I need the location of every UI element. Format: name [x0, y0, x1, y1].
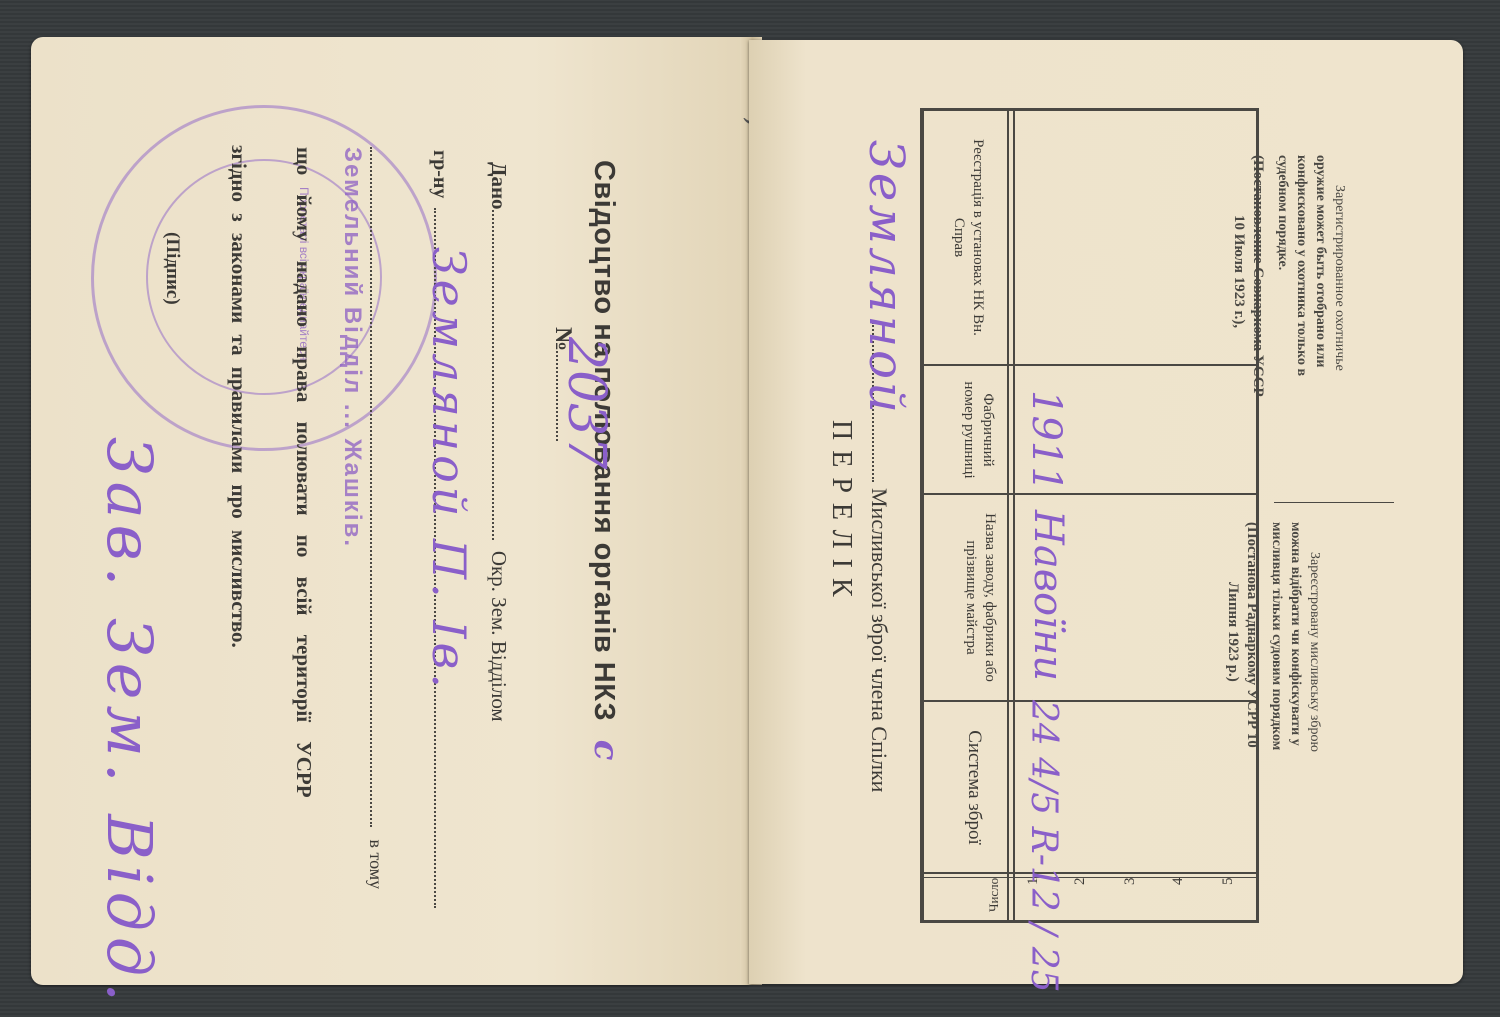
header-weapon-system: Система зброї: [961, 715, 987, 860]
row-number-5: 5: [1219, 878, 1238, 886]
signature: Зав. Зем. Відд.: [93, 437, 166, 1008]
header-row-number: Число: [984, 878, 1003, 912]
rights-text-line1: що йому надано права полювати по всій те…: [291, 147, 316, 798]
notice-russian: Зарегистрированное охотничье оружие може…: [1229, 155, 1349, 397]
col-sep-1: [924, 364, 1256, 366]
row-number-4: 4: [1169, 878, 1188, 886]
notice-ua-source2: Липня 1923 р.): [1223, 522, 1242, 752]
notice-ua-line2: можна відібрати чи конфіскувати у: [1286, 522, 1305, 752]
notice-ru-line3: конфисковано у охотника только в: [1292, 155, 1311, 397]
list-title: ПЕРЕЛІК: [825, 420, 857, 607]
left-page: Земельний Відділ ... Жашків. Пролетарі в…: [31, 37, 749, 985]
signature-label: (Підпис): [161, 232, 183, 305]
row-number-3: 3: [1121, 878, 1140, 886]
stamp-outer-text: Земельний Відділ ... Жашків.: [338, 147, 366, 548]
citizen-name: Земляной П. Ів.: [422, 247, 476, 692]
notice-ua-source1: (Постанова Раднаркому УСРР 10: [1242, 522, 1261, 752]
header-serial-number: Фабричний номер рушниці: [959, 375, 997, 485]
given-row: Дано Окр. Зем. Відділом: [486, 162, 511, 722]
right-page: ПЕРЕЛІК Мисливської зброї члена Спілки З…: [749, 40, 1463, 984]
in-that-row: в тому: [365, 147, 386, 889]
notice-ru-source1: (Постановление Совнаркома УССР: [1248, 155, 1267, 397]
notice-ru-line2: оружие может быть отобрано или: [1311, 155, 1330, 397]
table-frame-bottom: [920, 920, 1259, 923]
notice-ukrainian: Зареєстровану мисливську зброю можна від…: [1223, 522, 1324, 752]
table-frame-left: [920, 108, 924, 922]
header-manufacturer: Назва заводу, фабрики або прізвище майст…: [961, 505, 999, 690]
entry-manufacturer: Навоїни: [1025, 510, 1071, 681]
header-registration: Реєстрація в установах НК Вн. Справ: [949, 120, 987, 355]
col-sep-2: [924, 493, 1256, 495]
header-separator-2: [1013, 108, 1015, 922]
rights-text-line2: згідно з законами та правилами про мисли…: [226, 145, 251, 648]
col-sep-3: [924, 700, 1256, 702]
notice-ua-line1: Зареєстровану мисливську зброю: [1305, 522, 1324, 752]
handwritten-mark: с: [586, 740, 626, 761]
citizen-label: гр-ну: [429, 150, 451, 198]
notice-ru-line4: судебном порядке.: [1273, 155, 1292, 397]
given-label: Дано: [487, 162, 511, 210]
entry-serial-number: 1911: [1023, 390, 1069, 492]
in-that-label: в тому: [366, 840, 386, 890]
certificate-number-value: 2037: [556, 337, 616, 469]
entry-weapon-system: 24 4/5 R-12 / 25: [1023, 700, 1064, 993]
notice-ru-source2: 10 Июля 1923 г.),: [1229, 155, 1248, 397]
issuer-label: Окр. Зем. Відділом: [487, 551, 511, 722]
row-number-2: 2: [1071, 878, 1090, 886]
notice-ua-line3: мисливця тільки судовим порядком: [1267, 522, 1286, 752]
notice-divider: [1274, 502, 1394, 503]
col-sep-4: [924, 872, 1256, 874]
list-subtitle: Мисливської зброї члена Спілки: [867, 488, 892, 792]
notice-ru-line1: Зарегистрированное охотничье: [1330, 155, 1349, 397]
member-name: Земляной: [858, 140, 914, 416]
col-sep-4b: [924, 877, 1256, 878]
table-frame-top: [920, 108, 1259, 111]
header-separator: [1007, 108, 1009, 922]
